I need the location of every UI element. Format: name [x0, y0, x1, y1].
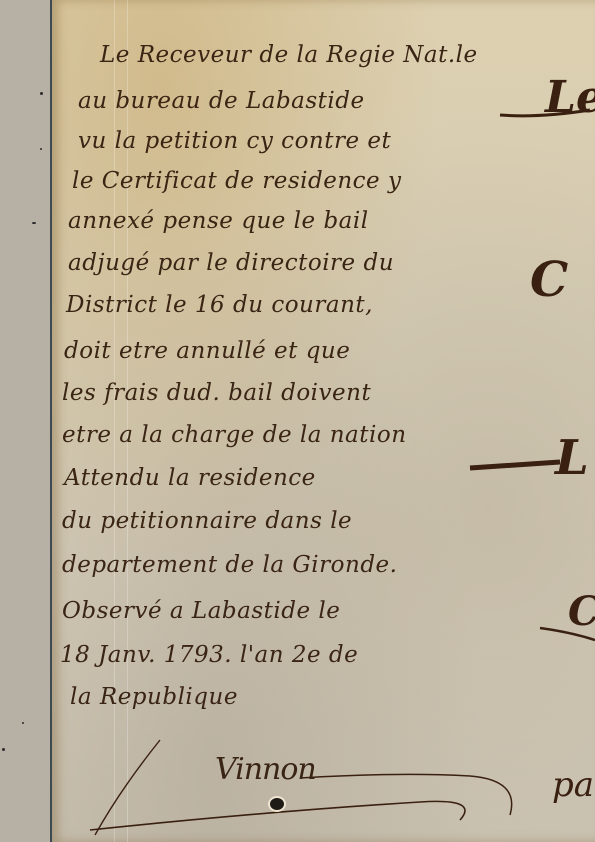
signature: Vinnon	[215, 752, 316, 787]
ink-flourishes	[0, 0, 595, 842]
paper-hole	[270, 798, 284, 810]
